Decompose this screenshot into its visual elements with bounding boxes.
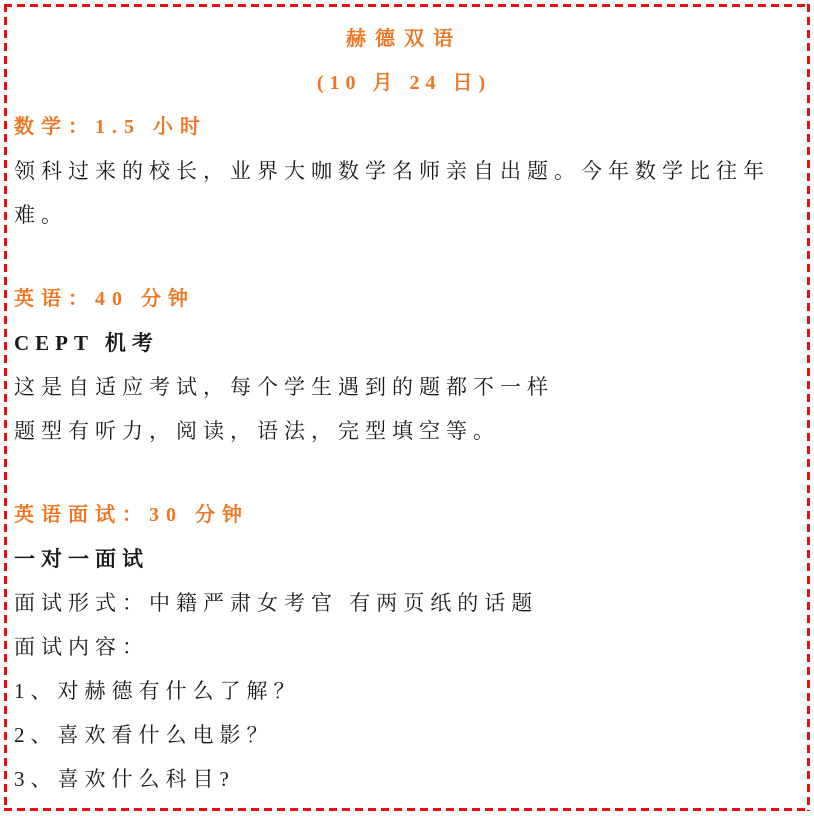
section-math: 数学：1.5 小时 领科过来的校长，业界大咖数学名师亲自出题。今年数学比往年难。 — [14, 105, 794, 237]
document-page: 赫德双语 (10 月 24 日) 数学：1.5 小时 领科过来的校长，业界大咖数… — [0, 0, 814, 816]
paragraph-line: 面试内容： — [14, 625, 794, 669]
border-left-edge — [4, 4, 7, 811]
border-bottom-edge — [4, 808, 810, 811]
section-interview-subheading: 一对一面试 — [14, 537, 794, 581]
doc-title: 赫德双语 — [14, 17, 794, 61]
paragraph-line: 这是自适应考试，每个学生遇到的题都不一样 — [14, 365, 794, 409]
border-top-edge — [4, 4, 810, 7]
paragraph-line: 领科过来的校长，业界大咖数学名师亲自出题。今年数学比往年难。 — [14, 149, 794, 237]
border-right-edge — [807, 4, 810, 811]
paragraph-line: 3、喜欢什么科目? — [14, 757, 794, 801]
paragraph-line: 题型有听力，阅读，语法，完型填空等。 — [14, 409, 794, 453]
doc-date: (10 月 24 日) — [14, 61, 794, 105]
paragraph-line: 面试形式：中籍严肃女考官 有两页纸的话题 — [14, 581, 794, 625]
section-english-heading: 英语：40 分钟 — [14, 277, 794, 321]
paragraph-line: 1、对赫德有什么了解？ — [14, 669, 794, 713]
paragraph-line: 2、喜欢看什么电影？ — [14, 713, 794, 757]
section-english-subheading: CEPT 机考 — [14, 321, 794, 365]
section-math-heading: 数学：1.5 小时 — [14, 105, 794, 149]
section-interview-heading: 英语面试：30 分钟 — [14, 493, 794, 537]
document-content: 赫德双语 (10 月 24 日) 数学：1.5 小时 领科过来的校长，业界大咖数… — [14, 17, 794, 801]
section-english: 英语：40 分钟 CEPT 机考 这是自适应考试，每个学生遇到的题都不一样 题型… — [14, 277, 794, 453]
section-english-interview: 英语面试：30 分钟 一对一面试 面试形式：中籍严肃女考官 有两页纸的话题 面试… — [14, 493, 794, 801]
